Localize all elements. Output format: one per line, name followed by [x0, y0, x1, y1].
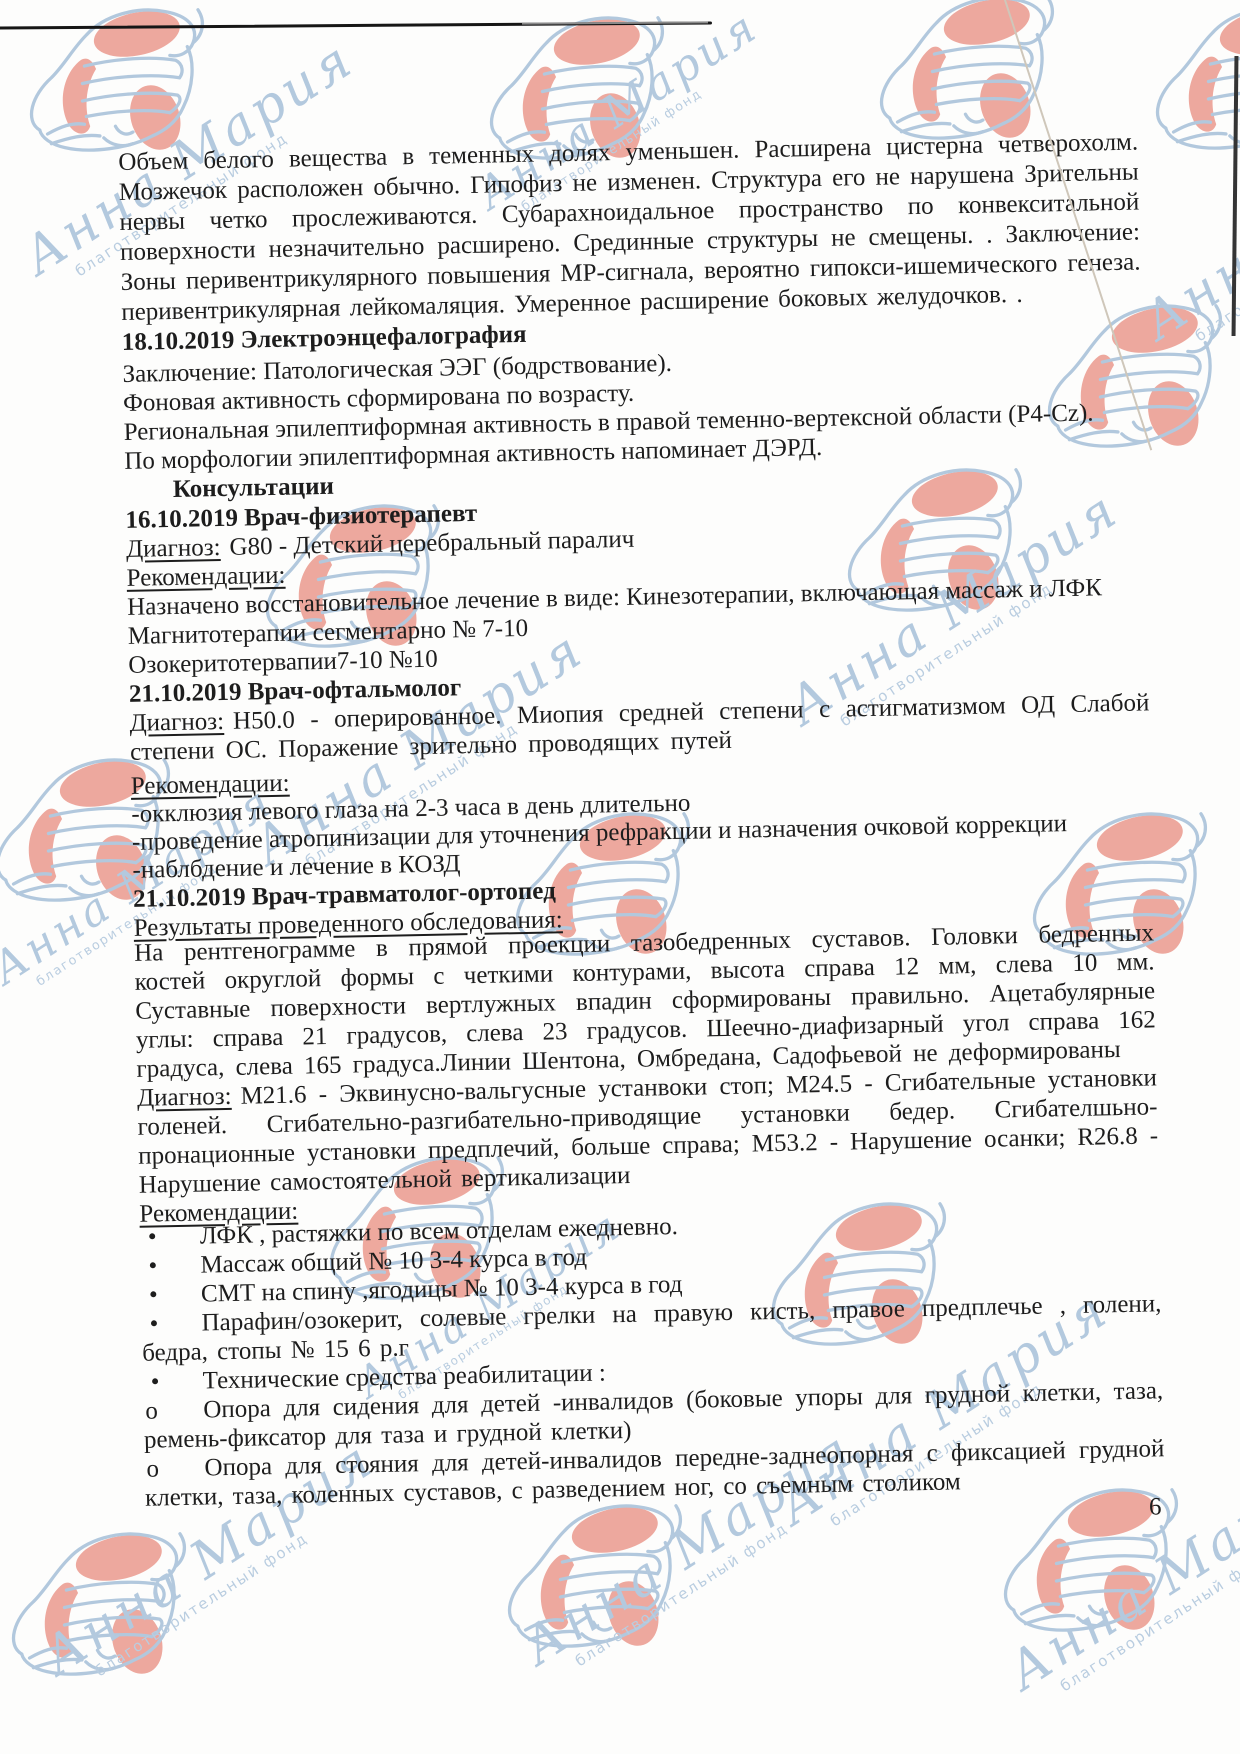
diagnosis-label: Диагноз:	[137, 1083, 232, 1112]
diagnosis-label: Диагноз:	[126, 534, 221, 563]
physiotherapist-section: 16.10.2019 Врач-физиотерапевт Диагноз:G8…	[125, 485, 1148, 679]
ortho-diagnosis-paragraph: Диагноз:М21.6 - Эквинусно-вальгусные уст…	[137, 1063, 1159, 1199]
mri-conclusion-paragraph: Объем белого вещества в теменных долях у…	[118, 128, 1141, 328]
ophthalmologist-section: 21.10.2019 Врач-офтальмолог Диагноз:Н50.…	[129, 659, 1153, 884]
scanned-medical-report-page: Анна Мария благотворительный фонд Анна М…	[0, 0, 1240, 1754]
ortho-recommendations-list: •ЛФК , растяжки по всем отделам ежедневн…	[140, 1202, 1166, 1512]
report-body: Объем белого вещества в теменных долях у…	[118, 128, 1166, 1542]
sub-bullet-marker: o	[143, 1396, 204, 1426]
eeg-section: Заключение: Патологическая ЭЭГ (бодрство…	[122, 339, 1144, 475]
anna-maria-logo-icon	[1148, 0, 1240, 165]
ortho-results-paragraph: На рентгенограмме в прямой проекции тазо…	[134, 918, 1157, 1083]
orthopedist-section: 21.10.2019 Врач-травматолог-ортопед Резу…	[133, 864, 1165, 1512]
diagnosis-label: Диагноз:	[129, 708, 224, 737]
sub-bullet-marker: o	[144, 1454, 205, 1484]
diagnosis-text: М21.6 - Эквинусно-вальгусные устанвоки с…	[137, 1064, 1158, 1198]
bullet-marker: •	[140, 1251, 201, 1281]
bullet-marker: •	[142, 1367, 203, 1397]
bullet-marker: •	[140, 1222, 201, 1252]
bullet-marker: •	[141, 1309, 202, 1339]
bullet-marker: •	[141, 1280, 202, 1310]
